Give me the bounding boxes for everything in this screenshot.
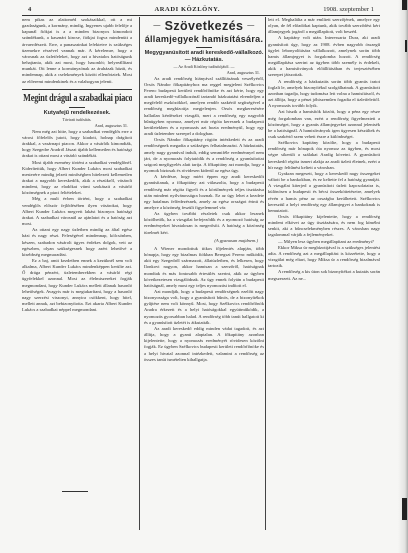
column-left: nem pikas az alattoméd szokásaikkal, ott… [22,17,132,457]
article-paragraph: Orsós főkapitány kijelentette, hogy a re… [268,214,380,239]
section-marker: (A gyanusan majdnem.) [144,238,264,244]
article-paragraph: Még a mult évben történt, hogy a szabadk… [22,196,132,227]
article-paragraph: Orsós Nándor főkapitány rögtön intézkede… [144,137,264,174]
headline-line-2: államjegyek hamisítására. [144,34,264,45]
article-headline: — Szövetkezés — [144,19,264,34]
article-end-rule [62,491,88,492]
issue-date: 1908. szeptember 1 [323,6,380,13]
headline-line-1: Szövetkezés [165,19,244,33]
scan-edge-mark [402,0,407,10]
article-subheadline: Kutyafejű rendelkezések. [22,110,132,117]
article-subheadline: Megygyanúsított aradi kereskedő-vállalko… [144,50,264,64]
article-paragraph: Az ügyben további részletek csak akkor l… [144,211,264,236]
scan-edge-mark [402,498,407,520]
article-paragraph: Szélkovics kapitány közölte, hogy a buda… [268,140,380,171]
article-paragraph: A Wiener mondottuk titkos főjelentés ala… [144,246,264,289]
article-paragraph: Az aradi rendőrség hiányával szállításán… [144,76,264,138]
scan-edge-mark [405,40,407,52]
running-header: 4 ARADI KÖZLÖNY. 1908. szeptember 1 [22,3,380,16]
headline-rule [69,107,85,108]
article-paragraph: Gyakran megesett, hogy a kereskedő nagy … [268,171,380,214]
article-paragraph: A rendőrség a házkutatás során több gyan… [268,79,380,110]
headline-rule [196,47,212,48]
article-continuation: nem pikas az alattoméd szokásaikkal, ott… [22,17,132,85]
article-headline: Megint drágul a szabadkai piacon. [23,92,131,105]
article-paragraph: Nem még azt hitte, hogy a szabadkai vend… [22,129,132,160]
scan-edge-shadow [398,0,408,553]
article-paragraph: A kapitány volt után. Interessarta Dura,… [268,35,380,78]
article-paragraph: Most újabb esemény történt a szabadkai v… [22,160,132,197]
article-paragraph: Ez a baj, amit kezdetben ennek a kezükné… [22,258,132,313]
column-divider [265,17,266,530]
article-paragraph: Azt hiszik a hamisítók között, hogy a pé… [268,109,380,140]
column-divider [139,17,140,530]
section-divider [22,89,132,90]
newspaper-title: ARADI KÖZLÖNY. [154,6,220,13]
article-paragraph: — Milyen lesz ügyben megállapítani az er… [268,239,380,245]
article-paragraph: Azt mondják, hogy a budapesti rendőrségn… [144,289,264,326]
article-paragraph: lett el. Meghalálta a már említett szerz… [268,17,380,35]
column-middle: — Szövetkezés — államjegyek hamisítására… [144,17,264,530]
article-paragraph: A kérdésre, hogy miért éppen egy aradi k… [144,174,264,211]
ornament-dash: — [247,23,254,30]
article-paragraph: Ekkor Miksa úr megbízottjával is a szüks… [268,245,380,270]
page-number: 4 [22,6,31,13]
article-paragraph: Az aradi kereskedő eddig minden vádat ta… [144,326,264,363]
article-paragraph: A rendőrség a kis úton sok bizonyítékot … [268,269,380,281]
article-paragraph: Az ottani egy nagy üzletben mindig az ál… [22,227,132,258]
newspaper-page: 4 ARADI KÖZLÖNY. 1908. szeptember 1 nem … [0,0,408,553]
column-right: lett el. Meghalálta a már említett szerz… [268,17,380,530]
ornament-dash: — [153,23,160,30]
